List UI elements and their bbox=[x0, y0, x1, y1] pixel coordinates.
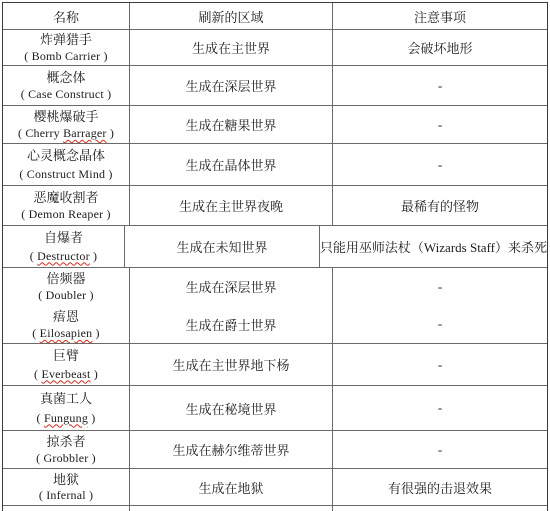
monster-name-en: ( Doubler ) bbox=[38, 289, 94, 301]
monster-name-cn: 真菌工人 bbox=[40, 392, 92, 405]
monster-name-cn: 掠杀者 bbox=[46, 435, 85, 448]
monster-name-cell: 炸弹猎手 ( Bomb Carrier ) bbox=[3, 30, 130, 65]
spawn-area-cell: 生成在主世界夜晚 bbox=[130, 186, 333, 225]
spawn-area-cell: 生成在赫尔维蒂世界 bbox=[130, 431, 333, 468]
column-header-name: 名称 bbox=[3, 3, 130, 29]
monster-name-en: ( Everbeast ) bbox=[34, 368, 98, 380]
column-header-notes: 注意事项 bbox=[333, 3, 547, 29]
notes-cell: - bbox=[333, 431, 547, 468]
monster-name-cell: 倍频器 ( Doubler ) bbox=[3, 268, 130, 306]
monster-name-en: ( Construct Mind ) bbox=[19, 168, 112, 180]
monster-name-cell: 樱桃爆破手 ( Cherry Barrager ) bbox=[3, 106, 130, 143]
monster-name-cell: 真菌工人 ( Fungung ) bbox=[3, 386, 130, 430]
monster-name-cn: 概念体 bbox=[46, 71, 85, 84]
spawn-area-cell: 生成在糖果世界 bbox=[130, 106, 333, 143]
table-row-everbeast: 巨臂 ( Everbeast ) 生成在主世界地下杨 - bbox=[3, 344, 547, 386]
monster-name-cn: 自爆者 bbox=[44, 231, 83, 244]
notes-cell bbox=[333, 506, 547, 511]
monster-name-cn: 倍频器 bbox=[46, 272, 85, 285]
monster-name-cn: 樱桃爆破手 bbox=[33, 110, 98, 123]
monsters-table: 名称 刷新的区域 注意事项 炸弹猎手 ( Bomb Carrier ) 生成在主… bbox=[2, 2, 548, 511]
spawn-area-cell: 生成在爵士世界 bbox=[130, 306, 333, 344]
monster-name-cn: 巨臂 bbox=[53, 349, 79, 362]
monster-name-en: ( Cherry Barrager ) bbox=[18, 127, 114, 139]
table-header-row: 名称 刷新的区域 注意事项 bbox=[3, 3, 547, 30]
monster-name-en: ( Infernal ) bbox=[39, 489, 93, 501]
notes-cell: - bbox=[333, 66, 547, 105]
table-row-grobbler: 掠杀者 ( Grobbler ) 生成在赫尔维蒂世界 - bbox=[3, 431, 547, 469]
table-row-infernal: 地狱 ( Infernal ) 生成在地狱 有很强的击退效果 bbox=[3, 469, 547, 506]
notes-cell: 会破坏地形 bbox=[333, 30, 547, 65]
spawn-area-cell: 生成在地狱 bbox=[130, 469, 333, 505]
monster-name-cell: 概念体 ( Case Construct ) bbox=[3, 66, 130, 105]
table-row-doubler-eilosapien: 倍频器 ( Doubler ) 生成在深层世界 - 痦恩 ( Eilosapie… bbox=[3, 268, 547, 344]
notes-cell: 只能用巫师法杖（Wizards Staff）来杀死 bbox=[320, 226, 547, 267]
monster-name-cell bbox=[3, 506, 130, 511]
monster-name-en: ( Destructor ) bbox=[30, 250, 97, 262]
table-row-bomb-carrier: 炸弹猎手 ( Bomb Carrier ) 生成在主世界 会破坏地形 bbox=[3, 30, 547, 66]
spawn-area-cell: 生成在未知世界 bbox=[125, 226, 320, 267]
monster-name-en: ( Eilosapien ) bbox=[32, 327, 99, 339]
notes-cell: - bbox=[333, 144, 547, 185]
spawn-area-cell bbox=[130, 506, 333, 511]
spawn-area-cell: 生成在深层世界 bbox=[130, 268, 333, 306]
table-row-fungung: 真菌工人 ( Fungung ) 生成在秘境世界 - bbox=[3, 386, 547, 431]
monster-name-cell: 巨臂 ( Everbeast ) bbox=[3, 344, 130, 385]
monster-name-cell: 地狱 ( Infernal ) bbox=[3, 469, 130, 505]
table-row-cutoff bbox=[3, 506, 547, 511]
document-page: 名称 刷新的区域 注意事项 炸弹猎手 ( Bomb Carrier ) 生成在主… bbox=[0, 0, 550, 511]
notes-cell: - bbox=[333, 306, 547, 344]
monster-name-en: ( Case Construct ) bbox=[21, 88, 112, 100]
spawn-area-cell: 生成在晶体世界 bbox=[130, 144, 333, 185]
table-row-demon-reaper: 恶魔收割者 ( Demon Reaper ) 生成在主世界夜晚 最稀有的怪物 bbox=[3, 186, 547, 226]
monster-name-cell: 恶魔收割者 ( Demon Reaper ) bbox=[3, 186, 130, 225]
notes-cell: - bbox=[333, 344, 547, 385]
spawn-area-cell: 生成在秘境世界 bbox=[130, 386, 333, 430]
monster-name-cell: 痦恩 ( Eilosapien ) bbox=[3, 306, 130, 344]
monster-name-cn: 痦恩 bbox=[53, 310, 79, 323]
monster-name-cn: 炸弹猎手 bbox=[40, 33, 92, 46]
table-row-cherry-barrager: 樱桃爆破手 ( Cherry Barrager ) 生成在糖果世界 - bbox=[3, 106, 547, 144]
notes-cell: - bbox=[333, 106, 547, 143]
monster-name-en: ( Demon Reaper ) bbox=[21, 208, 111, 220]
table-subrow-doubler: 倍频器 ( Doubler ) 生成在深层世界 - bbox=[3, 268, 547, 306]
table-row-destructor: 自爆者 ( Destructor ) 生成在未知世界 只能用巫师法杖（Wizar… bbox=[3, 226, 547, 268]
table-row-construct-mind: 心灵概念晶体 ( Construct Mind ) 生成在晶体世界 - bbox=[3, 144, 547, 186]
spawn-area-cell: 生成在主世界地下杨 bbox=[130, 344, 333, 385]
column-header-area: 刷新的区域 bbox=[130, 3, 333, 29]
notes-cell: 最稀有的怪物 bbox=[333, 186, 547, 225]
monster-name-cell: 掠杀者 ( Grobbler ) bbox=[3, 431, 130, 468]
notes-cell: - bbox=[333, 386, 547, 430]
notes-cell: - bbox=[333, 268, 547, 306]
monster-name-cell: 自爆者 ( Destructor ) bbox=[3, 226, 125, 267]
monster-name-cn: 恶魔收割者 bbox=[33, 191, 98, 204]
monster-name-cn: 心灵概念晶体 bbox=[27, 149, 105, 162]
monster-name-cn: 地狱 bbox=[53, 473, 79, 486]
monster-name-en: ( Bomb Carrier ) bbox=[24, 50, 108, 62]
monster-name-en: ( Grobbler ) bbox=[36, 452, 96, 464]
table-row-case-construct: 概念体 ( Case Construct ) 生成在深层世界 - bbox=[3, 66, 547, 106]
spawn-area-cell: 生成在深层世界 bbox=[130, 66, 333, 105]
table-subrow-eilosapien: 痦恩 ( Eilosapien ) 生成在爵士世界 - bbox=[3, 306, 547, 344]
spawn-area-cell: 生成在主世界 bbox=[130, 30, 333, 65]
monster-name-cell: 心灵概念晶体 ( Construct Mind ) bbox=[3, 144, 130, 185]
notes-cell: 有很强的击退效果 bbox=[333, 469, 547, 505]
monster-name-en: ( Fungung ) bbox=[37, 412, 96, 424]
